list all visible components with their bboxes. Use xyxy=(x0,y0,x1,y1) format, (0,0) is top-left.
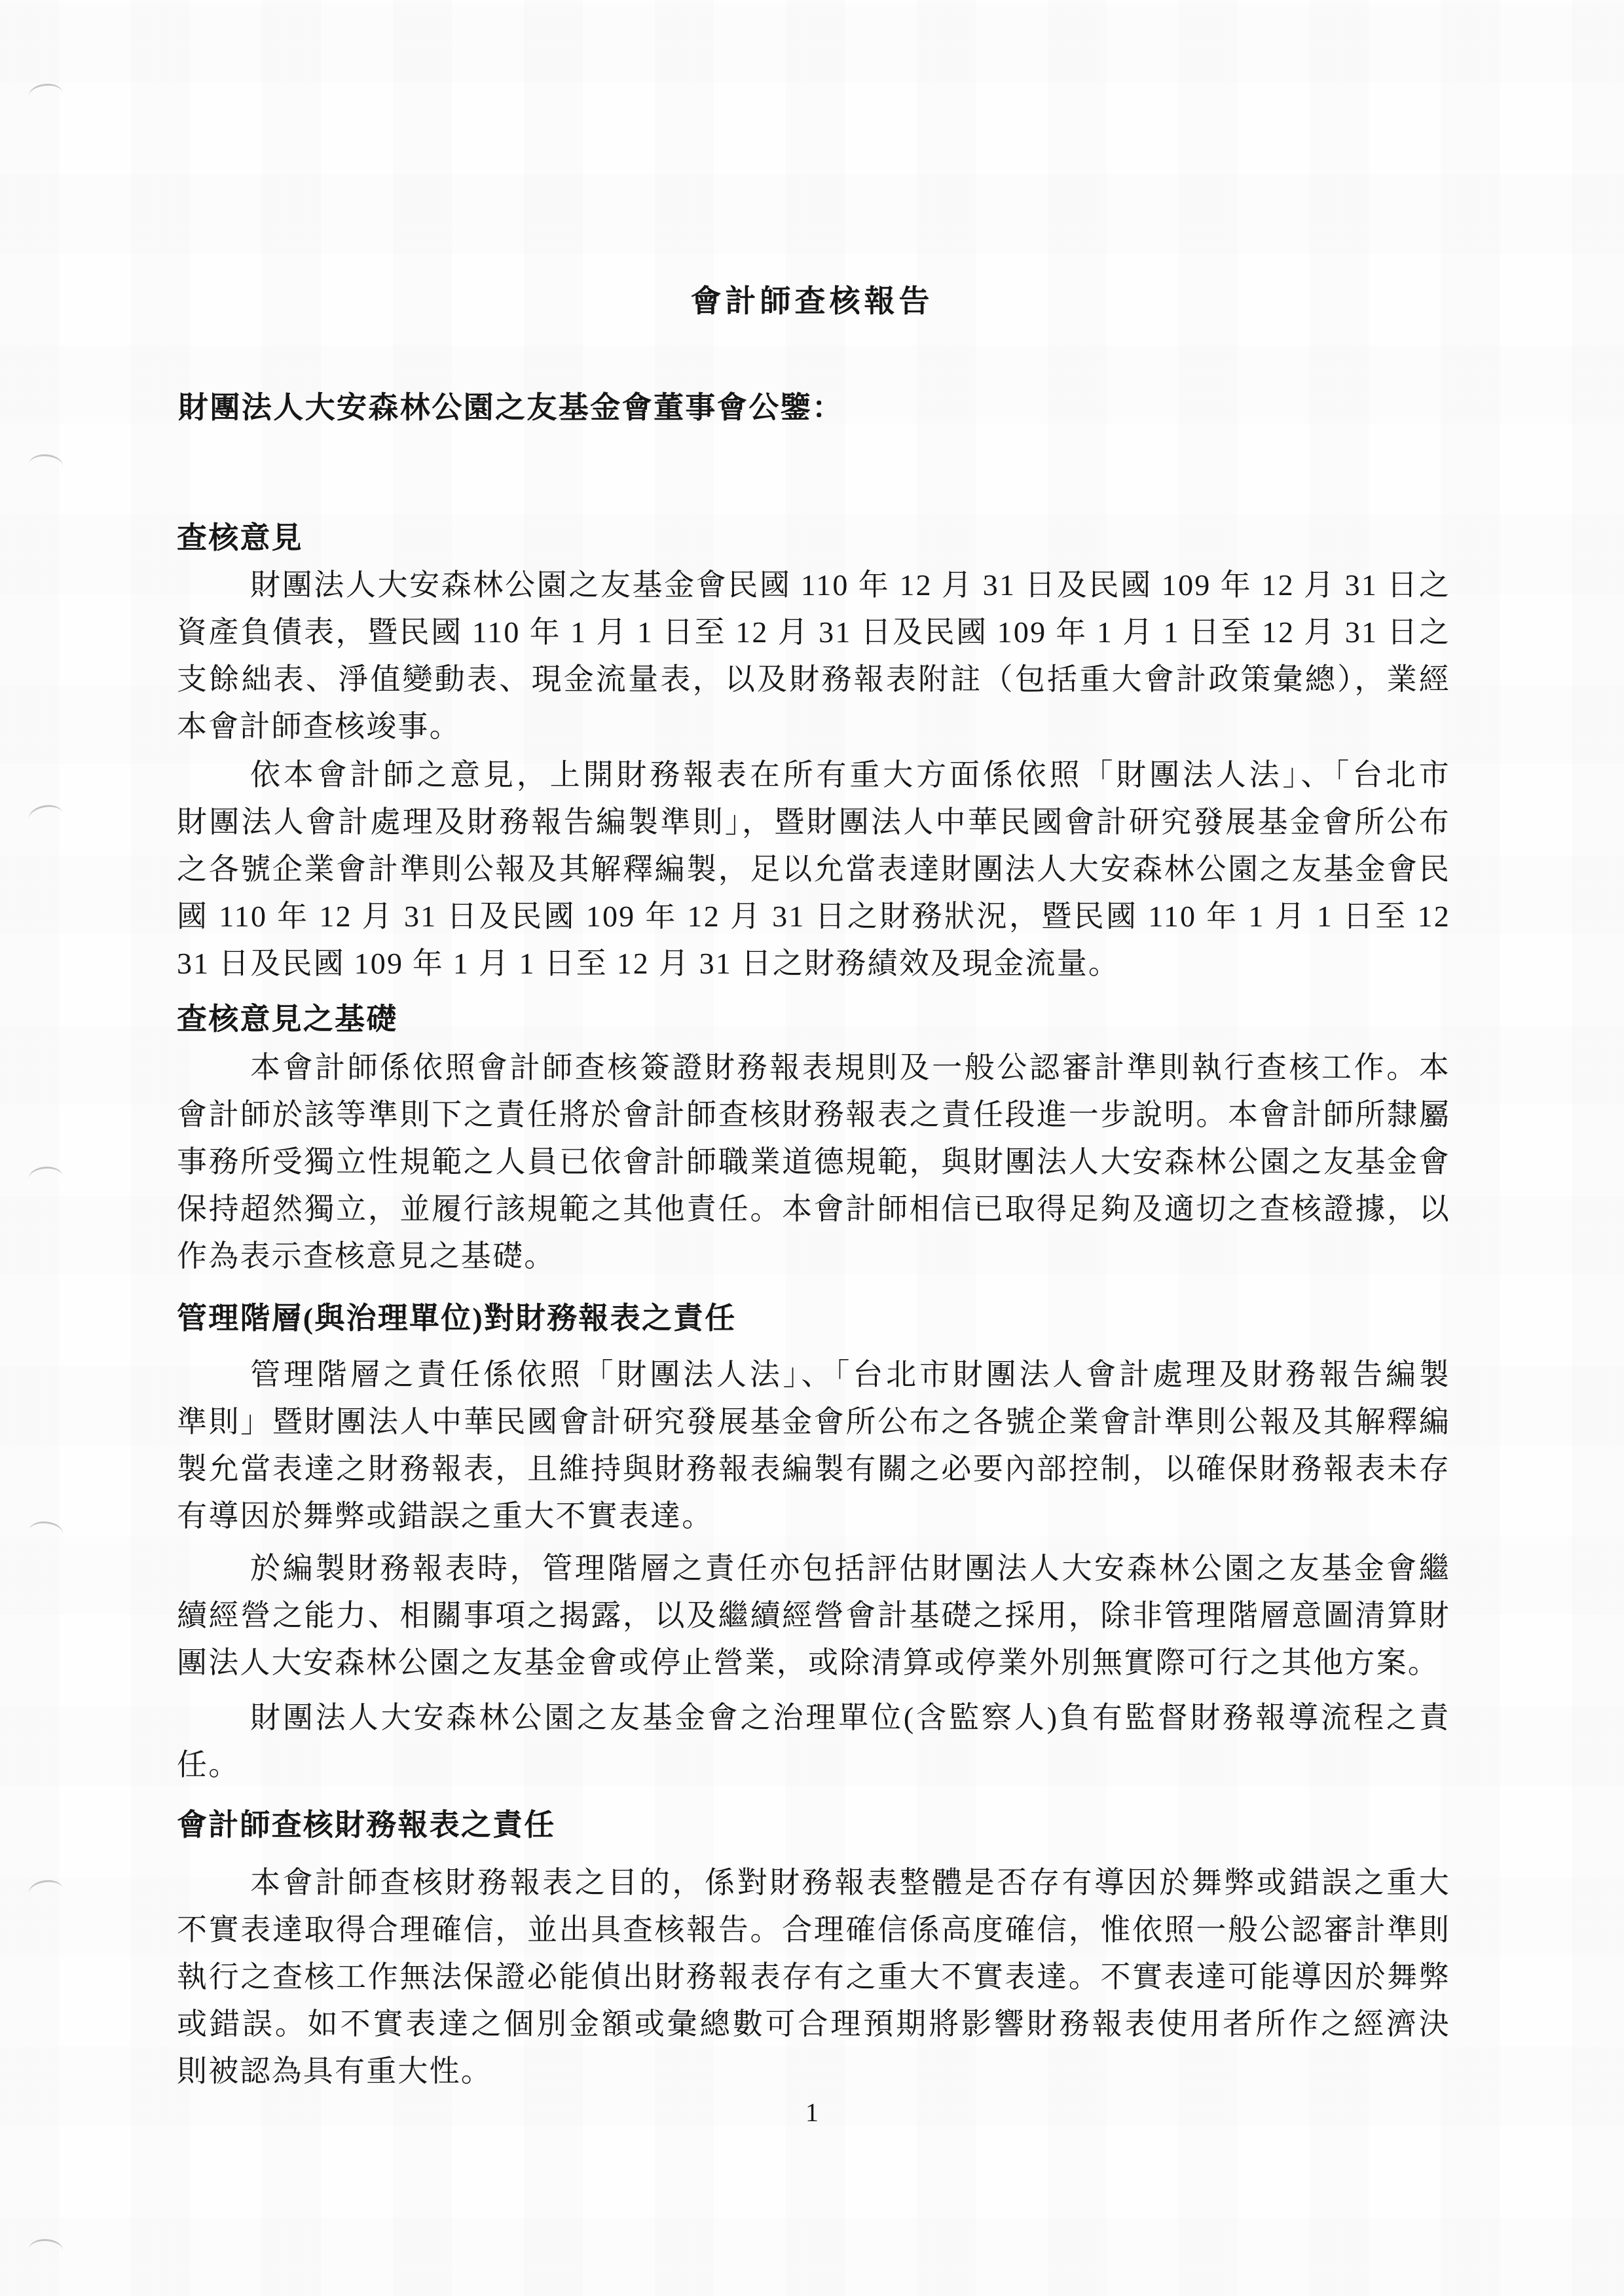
paragraph-line: 不實表達取得合理確信，並出具查核報告。合理確信係高度確信，惟依照一般公認審計準則 xyxy=(177,1906,1450,1954)
paragraph-line: 事務所受獨立性規範之人員已依會計師職業道德規範，與財團法人大安森林公園之友基金會 xyxy=(177,1139,1450,1186)
scan-curl-mark xyxy=(28,453,64,477)
scan-curl-mark xyxy=(28,1878,64,1904)
paragraph-line: 本會計師查核竣事。 xyxy=(177,703,1450,750)
section-heading: 會計師查核財務報表之責任 xyxy=(177,1802,1450,1849)
paragraph: 於編製財務報表時，管理階層之責任亦包括評估財團法人大安森林公園之友基金會繼續經營… xyxy=(177,1545,1450,1686)
scan-curl-mark xyxy=(28,82,64,107)
paragraph: 管理階層之責任係依照「財團法人法」、「台北市財團法人會計處理及財務報告編製準則」… xyxy=(177,1351,1450,1540)
paragraph-line: 保持超然獨立，並履行該規範之其他責任。本會計師相信已取得足夠及適切之查核證據，以 xyxy=(177,1186,1450,1233)
paragraph-line: 本會計師查核財務報表之目的，係對財務報表整體是否存有導因於舞弊或錯誤之重大 xyxy=(177,1859,1450,1906)
section-heading: 查核意見 xyxy=(177,515,1450,562)
addressee-line: 財團法人大安森林公園之友基金會董事會公鑒： xyxy=(178,389,843,427)
paragraph-line: 會計師於該等準則下之責任將於會計師查核財務報表之責任段進一步說明。本會計師所隸屬 xyxy=(177,1091,1450,1139)
paragraph-line: 任。 xyxy=(177,1741,1450,1789)
paragraph-line: 製允當表達之財務報表，且維持與財務報表編製有關之必要內部控制，以確保財務報表未存 xyxy=(177,1446,1450,1493)
paragraph-line: 本會計師係依照會計師查核簽證財務報表規則及一般公認審計準則執行查核工作。本 xyxy=(177,1044,1450,1091)
paragraph-line: 資產負債表，暨民國 110 年 1 月 1 日至 12 月 31 日及民國 10… xyxy=(177,609,1450,656)
section-heading: 管理階層(與治理單位)對財務報表之責任 xyxy=(177,1295,1450,1342)
paragraph-line: 財團法人會計處理及財務報告編製準則」，暨財團法人中華民國會計研究發展基金會所公布 xyxy=(177,799,1450,846)
paragraph: 本會計師查核財務報表之目的，係對財務報表整體是否存有導因於舞弊或錯誤之重大不實表… xyxy=(177,1859,1450,2095)
paragraph: 本會計師係依照會計師查核簽證財務報表規則及一般公認審計準則執行查核工作。本會計師… xyxy=(177,1044,1450,1280)
report-body: 查核意見財團法人大安森林公園之友基金會民國 110 年 12 月 31 日及民國… xyxy=(177,515,1450,2095)
paragraph-line: 準則」暨財團法人中華民國會計研究發展基金會所公布之各號企業會計準則公報及其解釋編 xyxy=(177,1398,1450,1446)
paragraph-line: 國 110 年 12 月 31 日及民國 109 年 12 月 31 日之財務狀… xyxy=(177,893,1450,940)
page-title: 會計師查核報告 xyxy=(0,283,1624,321)
paragraph-line: 續經營之能力、相關事項之揭露，以及繼續經營會計基礎之採用，除非管理階層意圖清算財 xyxy=(177,1592,1450,1639)
page-number: 1 xyxy=(0,2096,1624,2129)
scan-curl-mark xyxy=(28,2238,64,2262)
audit-report-page: 會計師查核報告 財團法人大安森林公園之友基金會董事會公鑒： 查核意見財團法人大安… xyxy=(0,0,1624,2296)
paragraph-line: 財團法人大安森林公園之友基金會民國 110 年 12 月 31 日及民國 109… xyxy=(177,562,1450,609)
paragraph-line: 團法人大安森林公園之友基金會或停止營業，或除清算或停業外別無實際可行之其他方案。 xyxy=(177,1639,1450,1686)
paragraph-line: 或錯誤。如不實表達之個別金額或彙總數可合理預期將影響財務報表使用者所作之經濟決策… xyxy=(177,2001,1450,2048)
paragraph-line: 之各號企業會計準則公報及其解釋編製，足以允當表達財團法人大安森林公園之友基金會民 xyxy=(177,846,1450,893)
scan-curl-mark xyxy=(28,1165,64,1190)
paragraph-line: 依本會計師之意見，上開財務報表在所有重大方面係依照「財團法人法」、「台北市 xyxy=(177,752,1450,799)
paragraph-line: 則被認為具有重大性。 xyxy=(177,2048,1450,2095)
paragraph-line: 有導因於舞弊或錯誤之重大不實表達。 xyxy=(177,1493,1450,1540)
paragraph-line: 管理階層之責任係依照「財團法人法」、「台北市財團法人會計處理及財務報告編製 xyxy=(177,1351,1450,1398)
paragraph-line: 執行之查核工作無法保證必能偵出財務報表存有之重大不實表達。不實表達可能導因於舞弊 xyxy=(177,1954,1450,2001)
paragraph: 財團法人大安森林公園之友基金會之治理單位(含監察人)負有監督財務報導流程之責任。 xyxy=(177,1694,1450,1789)
paragraph: 財團法人大安森林公園之友基金會民國 110 年 12 月 31 日及民國 109… xyxy=(177,562,1450,750)
paragraph-line: 支餘絀表、淨值變動表、現金流量表，以及財務報表附註（包括重大會計政策彙總），業經 xyxy=(177,656,1450,703)
paragraph-line: 財團法人大安森林公園之友基金會之治理單位(含監察人)負有監督財務報導流程之責 xyxy=(177,1694,1450,1741)
paragraph-line: 作為表示查核意見之基礎。 xyxy=(177,1233,1450,1280)
section-heading: 查核意見之基礎 xyxy=(177,996,1450,1043)
scan-curl-mark xyxy=(28,1520,64,1544)
paragraph-line: 31 日及民國 109 年 1 月 1 日至 12 月 31 日之財務績效及現金… xyxy=(177,940,1450,987)
scan-curl-mark xyxy=(28,803,65,830)
paragraph-line: 於編製財務報表時，管理階層之責任亦包括評估財團法人大安森林公園之友基金會繼 xyxy=(177,1545,1450,1592)
paragraph: 依本會計師之意見，上開財務報表在所有重大方面係依照「財團法人法」、「台北市財團法… xyxy=(177,752,1450,987)
